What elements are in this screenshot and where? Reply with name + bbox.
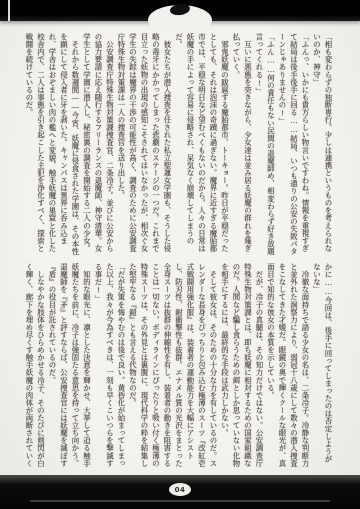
paragraph: 「ふんっ、いかにも貴方らしい物言いですわね。情報を重視すぎて結局は後手後手に回る… xyxy=(277,33,312,257)
scan-light-streak xyxy=(30,500,330,502)
scan-crack-line xyxy=(8,0,10,21)
scanned-novel-page: 「相も変わらずの独断専行。少しは連携というものを考えられないのか、神守」「ふんっ… xyxy=(0,0,360,509)
paragraph: 彼女たちが潜入捜査を任された私立聖蓮女学園も、そうした侵略の毒牙にかかってしまっ… xyxy=(116,33,174,257)
paragraph: 邪鬼妖魔の跋扈する魔胎都市、トーキョー。昨日が平穏だったとしても、それは泡沫の奇… xyxy=(173,33,231,257)
paragraph: 冷徹な面持ちで語る少女の名は、二条冷子。冷静な判断力と並外れた洞察力により、弱冠… xyxy=(265,263,311,470)
paragraph: それから数週間――今宵、妖魔に侵食された学園は、その本性を顕にして侵入者に牙を剥… xyxy=(25,33,81,257)
paragraph: 「相も変わらずの独断専行。少しは連携というものを考えられないのか、神守」 xyxy=(311,33,334,257)
paragraph: 公安調査庁特殊生物対策課捜査官、二条冷子。並びに公安からの協力要請に応え随行する… xyxy=(81,33,116,257)
paragraph: 互いに悪態を突きながら、少女達は並み居る妖魔の群れを薙ぎ払っていく。 xyxy=(231,33,254,257)
top-scan-edge-bar xyxy=(0,0,360,21)
page-number-badge: 04 xyxy=(169,483,191,496)
paragraph: だが、冷子の真髄は、その知力だけではない。公安調査庁特殊生物対策課とは、即ち妖魔… xyxy=(219,263,265,470)
novel-text-upper-stage: 「相も変わらずの独断専行。少しは連携というものを考えられないのか、神守」「ふんっ… xyxy=(25,33,334,257)
paragraph: 「だが失策を悔やむのは後で良い。黄昏化が始まってしまった以上、我々が今為すべきは… xyxy=(93,263,128,470)
novel-text-lower-stage: かに……今回は、後手に回ってしまったのは否定しようがないな」 冷徹な面持ちで語る… xyxy=(25,263,334,470)
paragraph: そして彼女は、そのための十分な力を有しているのだ。スレンダーな長身をぴっちりと包… xyxy=(127,263,219,470)
paragraph: 「ふん……何の責任もない民間の退魔師め、相変わらず好き放題言ってくれる!」 xyxy=(254,33,277,257)
paragraph: しなやかな肢体をひらめかせる冷子、そのたびに剣閃が白く輝く、廊下を埋め尽くす触手… xyxy=(25,263,47,470)
paragraph: 知的な眼光に、凛とした決意を輝かせ、大挙して迫る触手妖魔たちを前に、冷子は強固た… xyxy=(47,263,93,470)
paragraph: かに……今回は、後手に回ってしまったのは否定しようがないな」 xyxy=(311,263,334,470)
